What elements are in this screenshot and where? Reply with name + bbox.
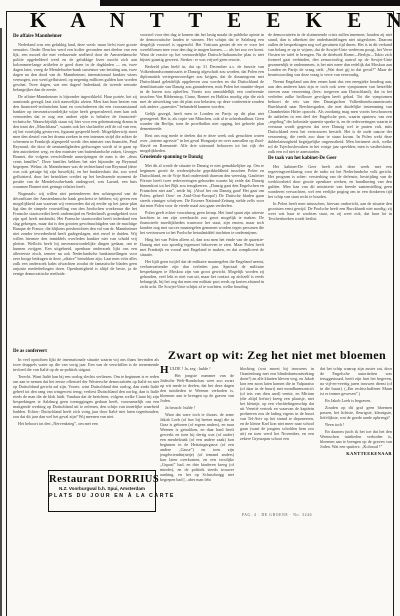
paragraph: Bedoeld plan hield in, dat op 31 Decembe…	[140, 64, 264, 109]
newspaper-page: K A N T T E E K E N I N G E N De affaire…	[0, 0, 400, 616]
article-column-1-lower: De as confereert In veel opzichten lijkt…	[13, 347, 159, 465]
feature-column-1: HULDE ! Ja, zeg : hulde ! Het jongste nu…	[160, 366, 234, 510]
feature-column-2: blocking (wat moest hij trouwens in Oran…	[240, 366, 314, 510]
paragraph: In Polen heeft men intusschen, hiervan o…	[268, 201, 392, 221]
page-footer: PAG. 4 · DE GROENE · No. 3246	[160, 513, 394, 517]
paragraph: dat het schip waarop zijn zuster zat, do…	[320, 366, 392, 396]
article-column-3: de democratieën in de sluimerende crisis…	[268, 32, 392, 345]
paragraph: HULDE ! Ja, zeg : hulde !	[160, 366, 234, 371]
column1-subheading: De as confereert	[13, 349, 159, 355]
paragraph: De affaire-Mannheimer is bijzonder ingew…	[13, 94, 137, 189]
article-column-2: voorstel voor den dag te komen dat het l…	[140, 32, 264, 345]
feature-column-3: dat het schip waarop zijn zuster zat, do…	[320, 366, 392, 510]
column3-subheading: De taak van het kabinet-De Geer	[268, 156, 392, 162]
ad-restaurant-name: Restaurant DORRIUS	[49, 474, 155, 486]
ad-tagline: PLATS DU JOUR EN À LA CARTE	[49, 492, 155, 500]
paragraph: Met dit al wordt de situatie te Danzig e…	[140, 163, 264, 208]
paragraph: Nogmaals: wij willen niet pretendeeren d…	[13, 191, 137, 276]
paragraph: En Jakob Loeb is begraven.	[320, 398, 392, 403]
paragraph: Het jongste nummer van de Jüdische Welt-…	[160, 373, 234, 403]
column2-subheading: Groeiende spanning te Danzig	[140, 155, 264, 161]
paragraph: de democratieën in de sluimerende crisis…	[268, 32, 392, 77]
columnist-signature: KANTTEEKENAAR	[320, 451, 392, 456]
paragraph: In veel opzichten lijkt de international…	[13, 357, 159, 372]
paragraph: Want dat ware toch te dwaas: de arme Jak…	[160, 412, 234, 482]
paragraph: Gelijk gezegd, heeft men te Londen en Pa…	[140, 111, 264, 131]
restaurant-ad: Restaurant DORRIUS N.Z. Voorburgwal b.h.…	[48, 470, 156, 512]
paragraph: Het kabinet-De Geer heeft zich deze week…	[268, 164, 392, 199]
paragraph: Ja heusch: hulde !	[160, 405, 234, 410]
paragraph: En daarom juich ik het toe dat het den W…	[320, 429, 392, 449]
feature-heading: Zwart op wit: Zeg het niet met bloemen	[160, 348, 394, 363]
paragraph: Het lijdt geen twijfel dat de militaire …	[140, 259, 264, 289]
paragraph: Rest ons nog mede te deelen dat er deze …	[140, 133, 264, 153]
paragraph: Terecht. Want Italië kan bij een oorlog …	[13, 374, 159, 419]
paragraph: Het behoort tot den „Nervenkrieg”, om me…	[13, 421, 159, 426]
paragraph: voorstel voor den dag te komen dat het l…	[140, 32, 264, 62]
page-title: K A N T T E E K E N I N G E N	[30, 8, 390, 33]
paragraph: Neen toch !	[320, 422, 392, 427]
drop-cap: H	[160, 366, 169, 375]
article-column-1: De affaire Mannheimer Nederland was een …	[13, 32, 137, 345]
paragraph: Nederland was een gelukkig land, deze we…	[13, 42, 137, 92]
paragraph: Zouden op dit graf geen bloemen passen, …	[320, 405, 392, 420]
paragraph: Hing het van Polen alleen af, dan zou me…	[140, 237, 264, 257]
paragraph: blocking (wat moest hij trouwens in Oran…	[240, 366, 314, 441]
column1-heading: De affaire Mannheimer	[13, 34, 137, 40]
paragraph: Neemt Engeland aan den eenen kant dus ee…	[268, 79, 392, 154]
scan-edge-line	[0, 28, 2, 616]
paragraph: Polen geeft echter vooralsnog geen krimp…	[140, 210, 264, 235]
top-rule-bar	[100, 0, 400, 6]
feature-lead: ULDE ! Ja, zeg : hulde !	[170, 366, 211, 371]
